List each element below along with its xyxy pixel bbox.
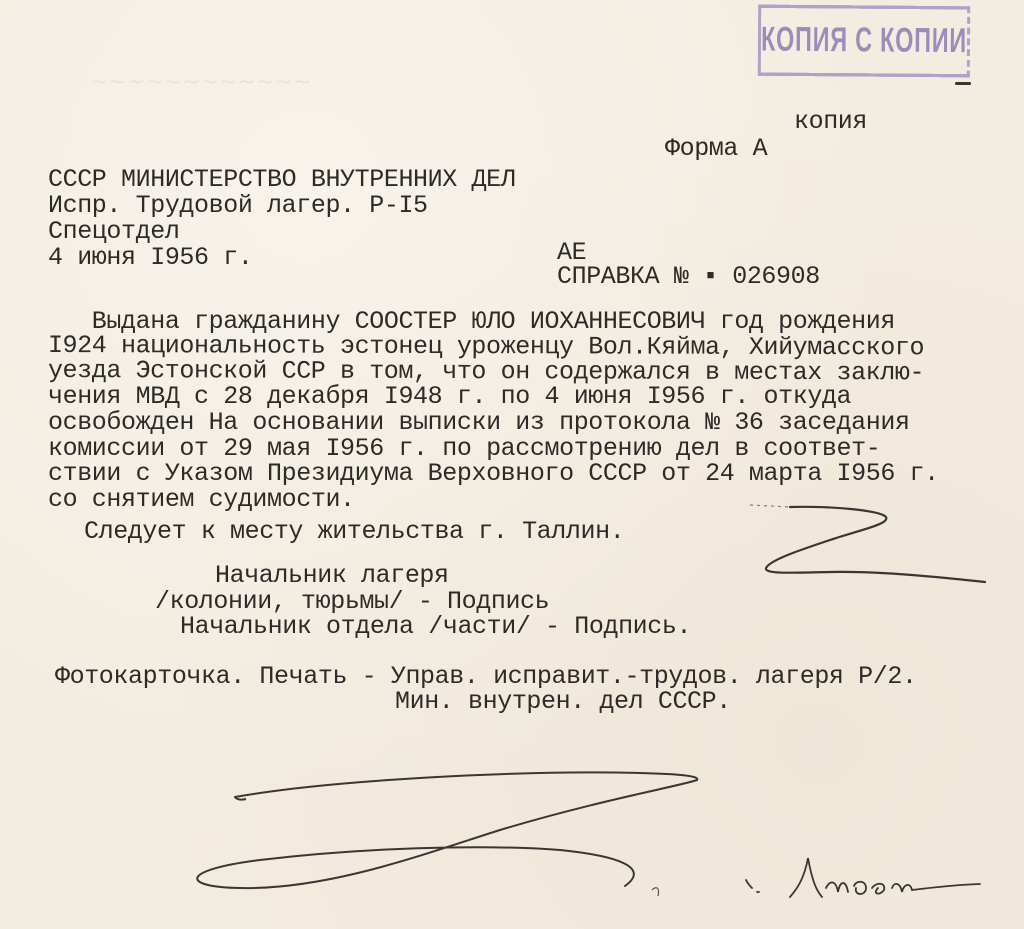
org-line-department: Спецотдел	[48, 219, 179, 245]
bleed-through-text: ~~~~~~~~~~~~	[20, 70, 311, 95]
org-line-ministry: СССР МИНИСТЕРСТВО ВНУТРЕННИХ ДЕЛ	[48, 167, 515, 193]
org-line-camp: Испр. Трудовой лагер. Р-I5	[48, 193, 428, 219]
body-line: чения МВД с 28 декабря I948 г. по 4 июня…	[48, 384, 851, 410]
body-line: ствии с Указом Президиума Верховного ССС…	[48, 461, 939, 487]
body-line: освобожден На основании выписки из прото…	[48, 410, 910, 436]
signature-dept-head: Начальник отдела /части/ - Подпись.	[180, 614, 691, 640]
signature-camp-head: Начальник лагеря	[215, 563, 449, 589]
copy-stamp: КОПИЯ С КОПИИ	[758, 4, 970, 77]
footer-ministry: Мин. внутрен. дел СССР.	[395, 689, 731, 715]
copy-label: копия	[794, 109, 867, 135]
certificate-number: СПРАВКА № ▪ 026908	[557, 264, 820, 290]
copy-stamp-text: КОПИЯ С КОПИИ	[761, 21, 967, 62]
destination-line: Следует к месту жительства г. Таллин.	[84, 519, 624, 545]
form-label: Форма А	[665, 136, 767, 162]
document-date: 4 июня I956 г.	[48, 245, 252, 271]
ink-mark	[955, 82, 971, 85]
body-line: со снятием судимости.	[48, 487, 355, 513]
